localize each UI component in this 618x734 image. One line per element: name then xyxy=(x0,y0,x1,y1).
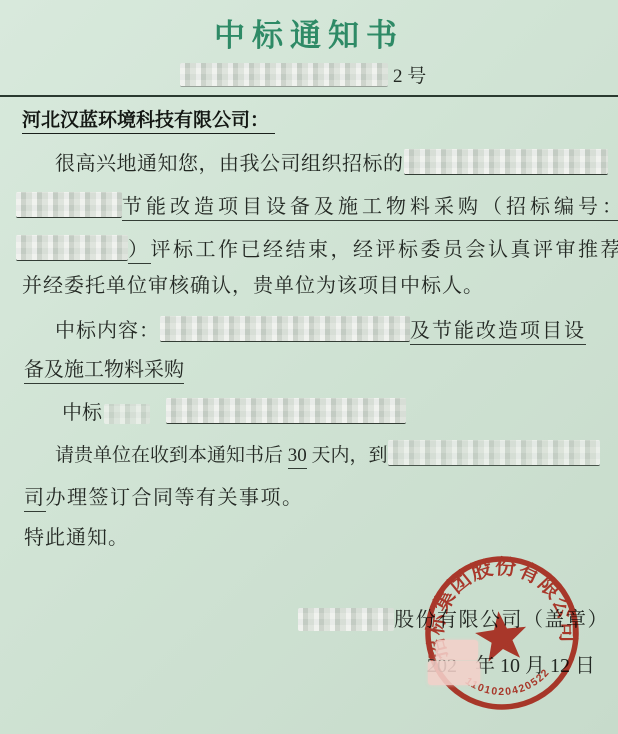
company-seal: 招标集团股份有限公司 1101020420522 xyxy=(414,545,590,721)
price-label-redaction xyxy=(104,404,150,424)
award-price-label: 中标 xyxy=(62,402,102,424)
document-title: 中标通知书 xyxy=(0,10,618,55)
seal-star-icon xyxy=(473,608,530,663)
signer-company-redaction xyxy=(298,608,394,631)
award-content-redaction xyxy=(160,316,410,342)
p3-line2-lead-text: 司 xyxy=(24,487,46,512)
header-divider xyxy=(0,95,618,97)
bid-number-redaction xyxy=(16,235,128,261)
closing-text: 特此通知。 xyxy=(24,527,129,549)
doc-number-redaction xyxy=(180,63,388,87)
closing-paren: ） xyxy=(128,239,151,264)
p1-line4-text: 并经委托单位审核确认，贵单位为该项目中标人。 xyxy=(22,275,484,297)
contract-company-redaction xyxy=(388,440,600,466)
p3-before-days-text: 请贵单位在收到本通知书后 xyxy=(55,445,283,466)
days-value: 30 xyxy=(288,445,307,469)
body-paragraph2-line3: 中标 xyxy=(62,398,406,427)
body-paragraph1-line4: 并经委托单位审核确认，贵单位为该项目中标人。 xyxy=(22,272,484,300)
body-paragraph2-line2: 备及施工物料采购 xyxy=(24,356,184,384)
award-content-label: 中标内容： xyxy=(55,320,160,342)
p1-line2-text: 节能改造项目设备及施工物料采购（招标编号： xyxy=(122,196,618,221)
body-paragraph1-line3: ）评标工作已经结束，经评标委员会认真评审推荐 xyxy=(16,235,618,264)
pink-smudge-redaction-2 xyxy=(428,661,480,685)
p3-after-days-text: 天内，到 xyxy=(312,445,388,466)
body-paragraph1-line1: 很高兴地通知您，由我公司组织招标的 xyxy=(55,149,608,178)
body-paragraph3-line2: 司办理签订合同等有关事项。 xyxy=(24,484,304,512)
p2-line2-text: 备及施工物料采购 xyxy=(24,359,184,384)
body-paragraph2-line1: 中标内容：及节能改造项目设 xyxy=(55,316,586,345)
closing-line: 特此通知。 xyxy=(24,524,129,552)
project-name-redaction-2 xyxy=(16,192,122,218)
doc-number-line: 2 号 xyxy=(180,62,426,91)
p3-line2-rest-text: 办理签订合同等有关事项。 xyxy=(46,487,304,509)
recipient-line: 河北汉蓝环境科技有限公司： xyxy=(22,107,275,135)
price-value-redaction xyxy=(166,398,406,424)
doc-number-suffix: 2 号 xyxy=(393,66,426,87)
body-paragraph3-line1: 请贵单位在收到本通知书后 30 天内，到 xyxy=(55,440,600,470)
pink-smudge-redaction xyxy=(436,640,478,660)
p1-line1-text: 很高兴地通知您，由我公司组织招标的 xyxy=(55,153,404,175)
p2-line1-tail-text: 及节能改造项目设 xyxy=(410,320,586,345)
recipient-name: 河北汉蓝环境科技有限公司： xyxy=(22,110,275,134)
body-paragraph1-line2: 节能改造项目设备及施工物料采购（招标编号： xyxy=(16,192,618,221)
project-name-redaction xyxy=(404,149,608,175)
award-notice-document: 中标通知书 2 号 河北汉蓝环境科技有限公司： 很高兴地通知您，由我公司组织招标… xyxy=(0,0,618,734)
p1-line3-text: 评标工作已经结束，经评标委员会认真评审推荐 xyxy=(151,239,618,261)
